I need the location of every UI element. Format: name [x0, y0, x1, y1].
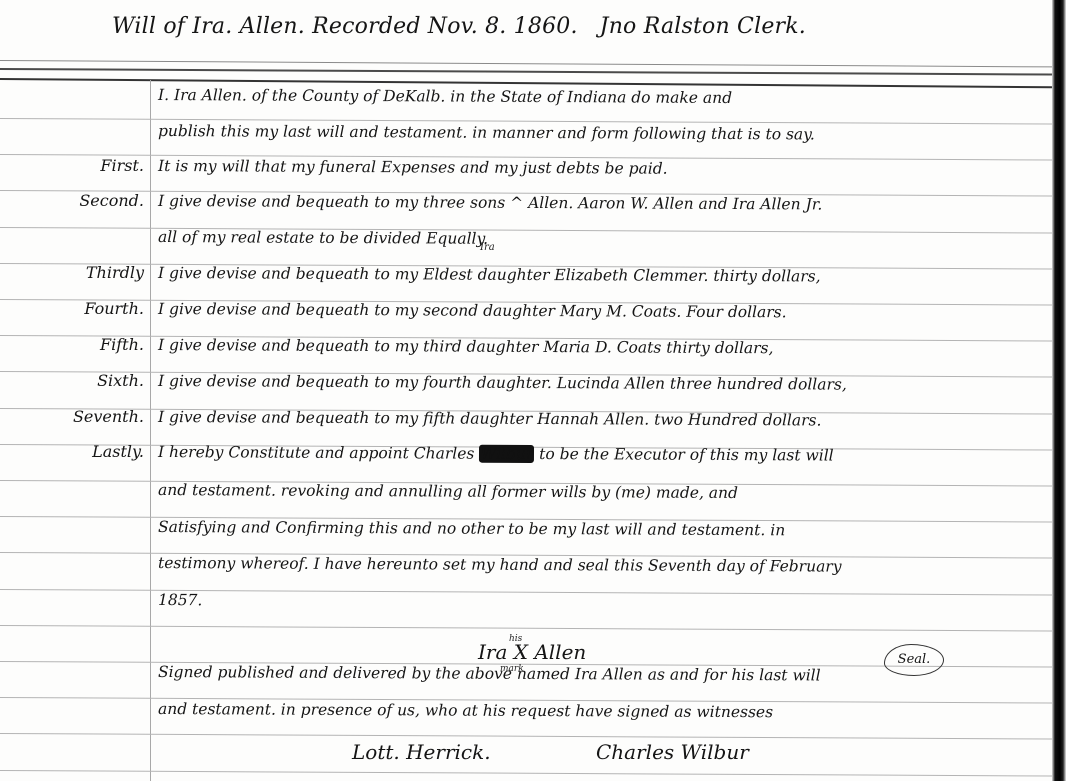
article-label: Thirdly	[40, 263, 144, 282]
will-text-line: I hereby Constitute and appoint Charles …	[158, 443, 834, 465]
will-text-line: I. Ira Allen. of the County of DeKalb. i…	[158, 86, 732, 107]
will-title: Will of Ira. Allen. Recorded Nov. 8. 186…	[112, 14, 578, 39]
heading-underline	[0, 60, 1052, 67]
text-segment: I hereby Constitute and appoint Charles	[158, 443, 475, 463]
clerk-signature: Jno Ralston Clerk.	[600, 14, 806, 39]
text-segment: to be the Executor of this my last will	[539, 445, 834, 465]
interlinear-insert: Ira	[480, 242, 495, 253]
article-label: Sixth.	[40, 371, 144, 390]
testator-signature: Ira X Allen	[478, 640, 586, 664]
will-text-line: I give devise and bequeath to my fourth …	[158, 372, 847, 394]
article-label: First.	[40, 156, 144, 175]
will-text-line: I give devise and bequeath to my third d…	[158, 336, 774, 357]
article-label: Fourth.	[40, 299, 144, 318]
page-binding-edge	[1052, 0, 1066, 781]
seal-mark: Seal.	[884, 644, 944, 676]
ruled-line	[0, 770, 1052, 777]
article-label: Lastly.	[40, 442, 144, 461]
double-rule-top	[0, 68, 1052, 76]
will-text-line: testimony whereof. I have hereunto set m…	[158, 554, 842, 576]
register-page: Will of Ira. Allen. Recorded Nov. 8. 186…	[0, 0, 1052, 781]
will-text-line: I give devise and bequeath to my three s…	[158, 192, 822, 213]
will-text-line: 1857.	[158, 591, 202, 609]
margin-rule	[150, 80, 151, 781]
will-text-line: I give devise and bequeath to my second …	[158, 300, 787, 321]
will-text-line: It is my will that my funeral Expenses a…	[158, 157, 668, 178]
ruled-line	[0, 625, 1052, 632]
witness-signature-2: Charles Wilbur	[596, 740, 749, 764]
ink-blot-word: Wilbur	[479, 445, 534, 463]
ruled-line	[0, 733, 1052, 740]
mark-label-his: his	[509, 634, 522, 644]
mark-label-mark: mark	[500, 664, 524, 674]
will-text-line: publish this my last will and testament.…	[158, 122, 815, 143]
article-label: Second.	[40, 191, 144, 210]
will-text-line: I give devise and bequeath to my Eldest …	[158, 264, 821, 285]
will-text-line: I give devise and bequeath to my fifth d…	[158, 408, 822, 429]
article-label: Fifth.	[40, 335, 144, 354]
will-text-line: all of my real estate to be divided Equa…	[158, 228, 488, 248]
will-text-line: and testament. revoking and annulling al…	[158, 481, 738, 502]
will-text-line: Satisfying and Confirming this and no ot…	[158, 518, 785, 539]
will-text-line: Signed published and delivered by the ab…	[158, 663, 821, 684]
record-heading: Will of Ira. Allen. Recorded Nov. 8. 186…	[112, 14, 806, 39]
will-text-line: and testament. in presence of us, who at…	[158, 700, 773, 721]
witness-signature-1: Lott. Herrick.	[352, 740, 491, 764]
article-label: Seventh.	[40, 407, 144, 426]
